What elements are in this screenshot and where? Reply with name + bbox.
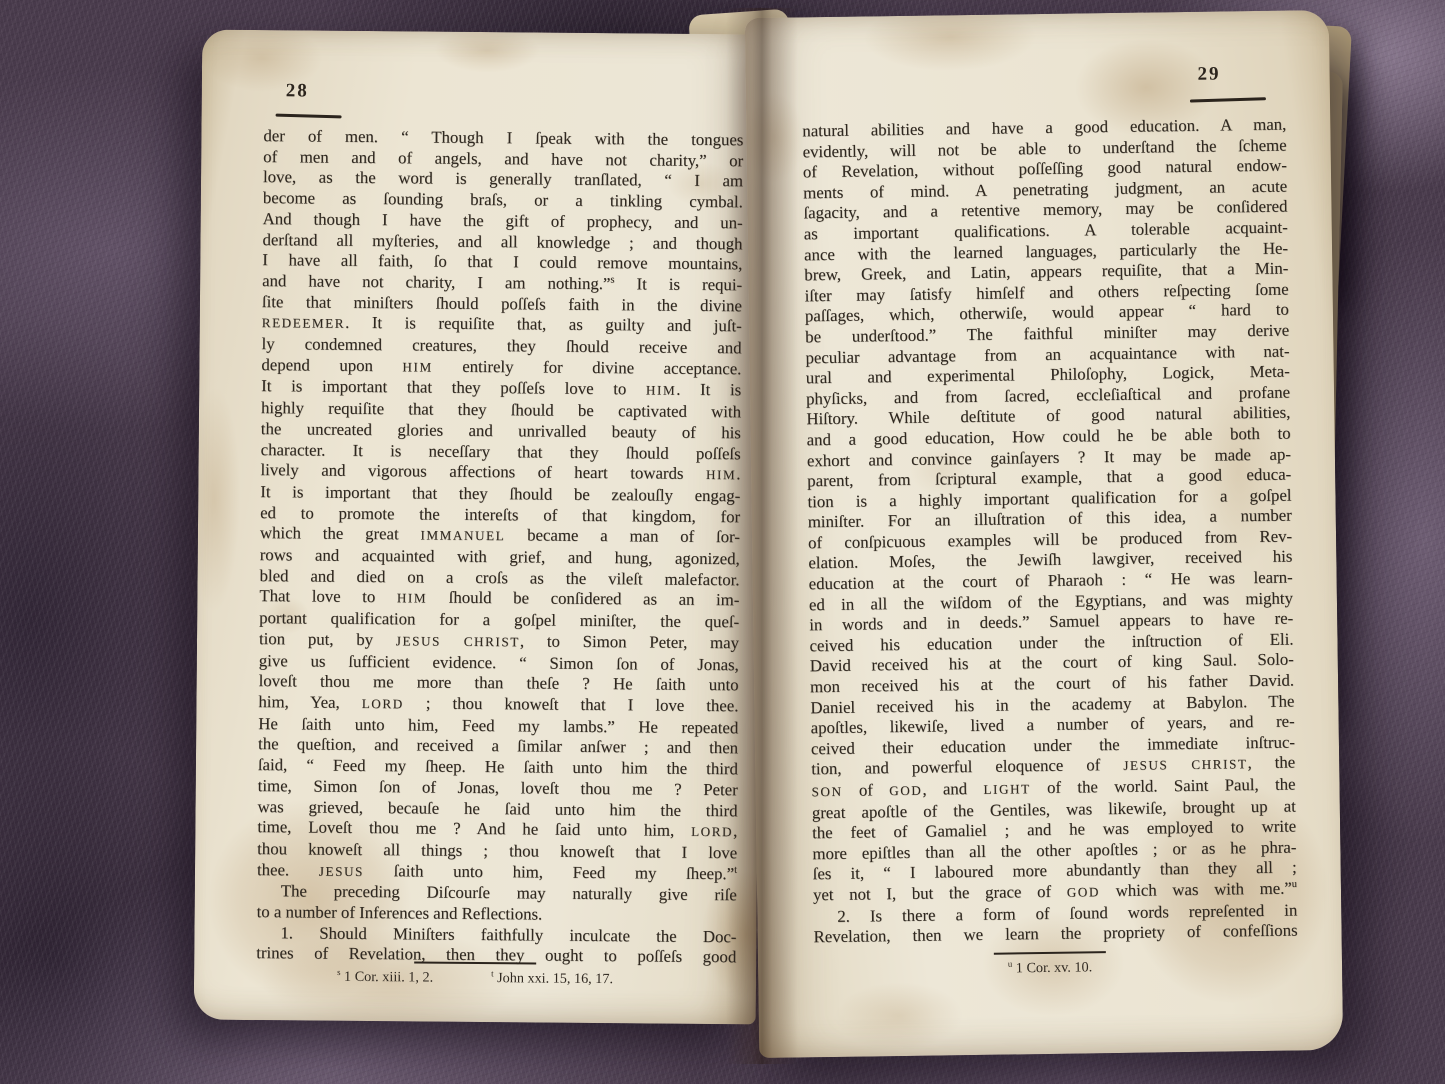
footnote: u 1 Cor. xv. 10.: [1008, 959, 1093, 977]
footnote-row: s 1 Cor. xiii. 1, 2.t John xxi. 15, 16, …: [194, 968, 756, 990]
page-text-right: natural abilities and have a good educat…: [802, 115, 1297, 948]
footnote-row: u 1 Cor. xv. 10.: [758, 956, 1342, 981]
paragraph: der of men. “ Though I ſpeak with the to…: [257, 126, 744, 885]
photo-of-open-book: 28 der of men. “ Though I ſpeak with the…: [0, 0, 1445, 1084]
page-text-left: der of men. “ Though I ſpeak with the to…: [256, 126, 743, 968]
page-number-rule: [1190, 97, 1266, 102]
footnote-block-left: s 1 Cor. xiii. 1, 2.t John xxi. 15, 16, …: [194, 960, 756, 990]
page-number-left: 28: [286, 80, 309, 102]
page-number-right: 29: [1197, 63, 1220, 85]
paragraph: The preceding Diſcourſe may naturally gi…: [257, 881, 737, 927]
footnote-block-right: u 1 Cor. xv. 10.: [758, 948, 1342, 981]
footnote: t John xxi. 15, 16, 17.: [491, 970, 613, 988]
book-page-left: 28 der of men. “ Though I ſpeak with the…: [194, 30, 765, 1025]
footnote-rule: [994, 951, 1106, 955]
book-page-right: 29 natural abilities and have a good edu…: [745, 10, 1343, 1058]
footnote: s 1 Cor. xiii. 1, 2.: [337, 969, 433, 987]
page-number-rule: [276, 114, 342, 119]
paragraph: 2. Is there a form of ſound words repreſ…: [813, 900, 1298, 948]
footnote-rule: [414, 961, 536, 964]
paragraph: natural abilities and have a good educat…: [802, 115, 1297, 907]
